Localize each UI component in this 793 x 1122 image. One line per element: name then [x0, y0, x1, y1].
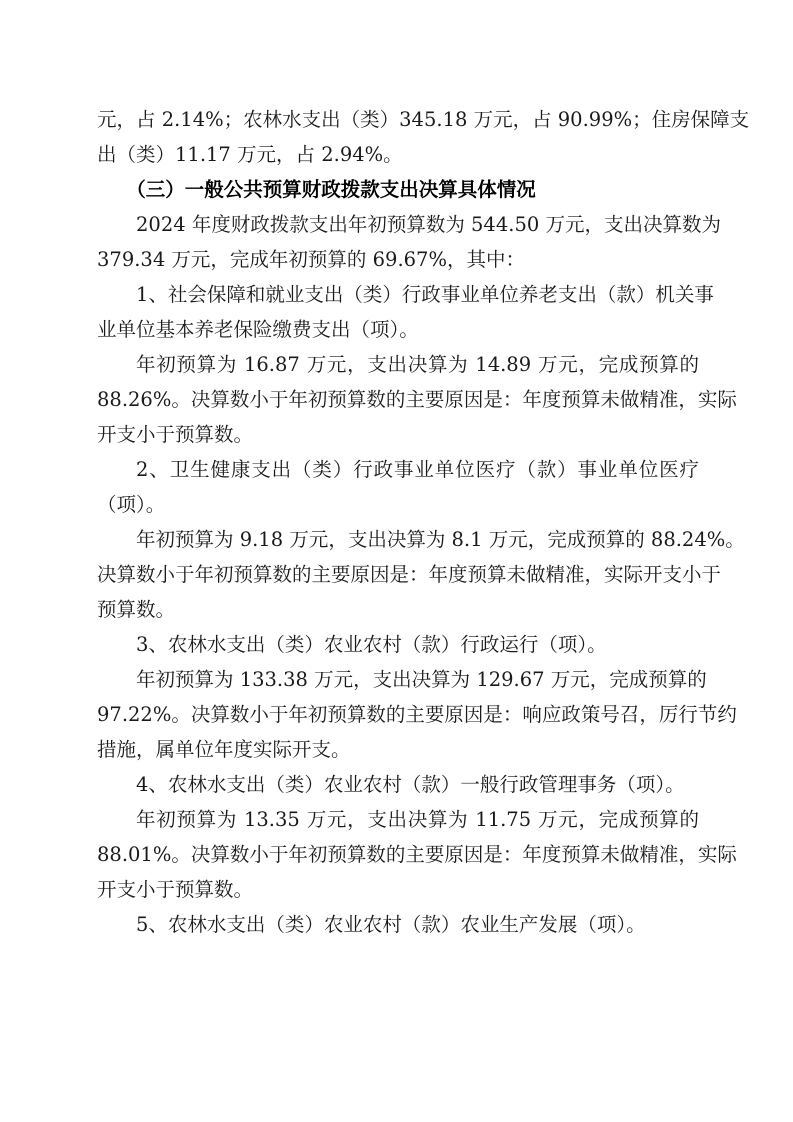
paragraph-item-5-title: 5、农林水支出（类）农业农村（款）农业生产发展（项）。 [97, 907, 699, 942]
paragraph-summary: 2024 年度财政拨款支出年初预算数为 544.50 万元，支出决算数为 379… [97, 207, 699, 277]
text-line: 年初预算为 133.38 万元，支出决算为 129.67 万元，完成预算的 [97, 662, 699, 697]
heading-text: （三）一般公共预算财政拨款支出决算具体情况 [97, 172, 699, 207]
text-line: 开支小于预算数。 [97, 417, 699, 452]
section-heading: （三）一般公共预算财政拨款支出决算具体情况 [97, 172, 699, 207]
paragraph-item-1-detail: 年初预算为 16.87 万元，支出决算为 14.89 万元，完成预算的 88.2… [97, 347, 699, 452]
text-line: 出（类）11.17 万元，占 2.94%。 [97, 137, 699, 172]
paragraph-item-1-title: 1、社会保障和就业支出（类）行政事业单位养老支出（款）机关事 业单位基本养老保险… [97, 277, 699, 347]
text-line: 2024 年度财政拨款支出年初预算数为 544.50 万元，支出决算数为 [97, 207, 699, 242]
paragraph-item-4-detail: 年初预算为 13.35 万元，支出决算为 11.75 万元，完成预算的 88.0… [97, 802, 699, 907]
text-line: 88.26%。决算数小于年初预算数的主要原因是：年度预算未做精准，实际 [97, 382, 699, 417]
text-line: 88.01%。决算数小于年初预算数的主要原因是：年度预算未做精准，实际 [97, 837, 699, 872]
text-line: 决算数小于年初预算数的主要原因是：年度预算未做精准，实际开支小于 [97, 557, 699, 592]
text-line: 5、农林水支出（类）农业农村（款）农业生产发展（项）。 [97, 907, 699, 942]
paragraph-item-3-detail: 年初预算为 133.38 万元，支出决算为 129.67 万元，完成预算的 97… [97, 662, 699, 767]
text-line: 预算数。 [97, 592, 699, 627]
paragraph-continuation: 元，占 2.14%；农林水支出（类）345.18 万元，占 90.99%；住房保… [97, 102, 699, 172]
paragraph-item-4-title: 4、农林水支出（类）农业农村（款）一般行政管理事务（项）。 [97, 767, 699, 802]
text-line: 379.34 万元，完成年初预算的 69.67%，其中： [97, 242, 699, 277]
text-line: 措施，属单位年度实际开支。 [97, 732, 699, 767]
paragraph-item-2-title: 2、卫生健康支出（类）行政事业单位医疗（款）事业单位医疗 （项）。 [97, 452, 699, 522]
text-line: 97.22%。决算数小于年初预算数的主要原因是：响应政策号召，厉行节约 [97, 697, 699, 732]
text-line: （项）。 [97, 487, 699, 522]
paragraph-item-3-title: 3、农林水支出（类）农业农村（款）行政运行（项）。 [97, 627, 699, 662]
text-line: 1、社会保障和就业支出（类）行政事业单位养老支出（款）机关事 [97, 277, 699, 312]
text-line: 开支小于预算数。 [97, 872, 699, 907]
paragraph-item-2-detail: 年初预算为 9.18 万元，支出决算为 8.1 万元，完成预算的 88.24%。… [97, 522, 699, 627]
text-line: 年初预算为 9.18 万元，支出决算为 8.1 万元，完成预算的 88.24%。 [97, 522, 699, 557]
text-line: 元，占 2.14%；农林水支出（类）345.18 万元，占 90.99%；住房保… [97, 102, 699, 137]
text-line: 业单位基本养老保险缴费支出（项）。 [97, 312, 699, 347]
text-line: 4、农林水支出（类）农业农村（款）一般行政管理事务（项）。 [97, 767, 699, 802]
text-line: 3、农林水支出（类）农业农村（款）行政运行（项）。 [97, 627, 699, 662]
text-line: 年初预算为 16.87 万元，支出决算为 14.89 万元，完成预算的 [97, 347, 699, 382]
text-line: 2、卫生健康支出（类）行政事业单位医疗（款）事业单位医疗 [97, 452, 699, 487]
document-page: 元，占 2.14%；农林水支出（类）345.18 万元，占 90.99%；住房保… [0, 0, 793, 1122]
text-line: 年初预算为 13.35 万元，支出决算为 11.75 万元，完成预算的 [97, 802, 699, 837]
document-body: 元，占 2.14%；农林水支出（类）345.18 万元，占 90.99%；住房保… [97, 102, 699, 942]
